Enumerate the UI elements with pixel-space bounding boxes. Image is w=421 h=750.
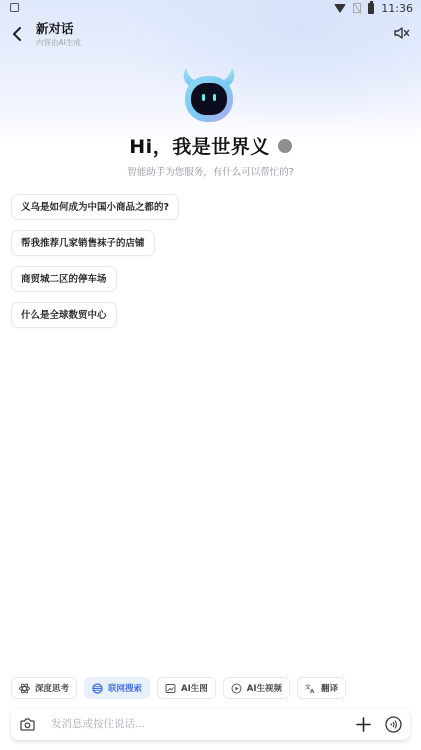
status-right: 11:36 — [334, 2, 413, 15]
suggestion-list: 义乌是如何成为中国小商品之都的? 帮我推荐几家销售袜子的店铺 商贸城二区的停车场… — [11, 194, 179, 328]
suggestion-chip[interactable]: 帮我推荐几家销售袜子的店铺 — [11, 230, 155, 256]
suggestion-chip[interactable]: 商贸城二区的停车场 — [11, 266, 117, 292]
back-button[interactable] — [10, 24, 24, 44]
tool-label: 深度思考 — [35, 682, 69, 694]
tool-translate[interactable]: 文 A 翻译 — [297, 677, 346, 699]
notification-icon — [10, 3, 19, 12]
tool-bar: 深度思考 联网搜索 AI生图 — [11, 677, 346, 699]
voice-button[interactable] — [384, 715, 402, 733]
status-time: 11:36 — [381, 2, 413, 15]
translate-icon: 文 A — [305, 683, 316, 694]
video-play-icon — [231, 683, 242, 694]
tool-ai-image[interactable]: AI生图 — [157, 677, 216, 699]
message-input[interactable] — [51, 718, 354, 730]
camera-icon — [20, 717, 35, 731]
chat-screen: 11:36 新对话 内容由AI生成 — [0, 0, 421, 750]
greeting: Hi，我是世界义 — [0, 132, 421, 159]
plus-button[interactable] — [354, 715, 372, 733]
mute-button[interactable] — [393, 24, 411, 42]
wifi-icon — [334, 4, 346, 13]
message-composer — [11, 708, 410, 740]
plus-icon — [356, 717, 371, 732]
suggestion-chip[interactable]: 什么是全球数贸中心 — [11, 302, 117, 328]
camera-button[interactable] — [19, 716, 35, 732]
greeting-text: Hi，我是世界义 — [129, 132, 269, 159]
page-title: 新对话 — [36, 21, 81, 36]
no-sim-icon — [353, 3, 361, 13]
tool-web-search[interactable]: 联网搜索 — [84, 677, 150, 699]
svg-text:A: A — [310, 689, 315, 694]
tool-label: AI生视频 — [247, 682, 282, 694]
atom-icon — [19, 683, 30, 694]
image-icon — [165, 683, 176, 694]
tagline: 智能助手为您服务，有什么可以帮忙的? — [0, 164, 421, 178]
robot-mascot-avatar — [178, 64, 240, 124]
voice-icon — [385, 716, 402, 733]
speaker-muted-icon — [394, 26, 410, 40]
chevron-left-icon — [12, 27, 22, 41]
tool-label: 翻译 — [321, 682, 338, 694]
status-bar: 11:36 — [0, 0, 421, 16]
tool-label: AI生图 — [181, 682, 208, 694]
tool-label: 联网搜索 — [108, 682, 142, 694]
header: 新对话 内容由AI生成 — [0, 18, 421, 50]
ai-disclaimer: 内容由AI生成 — [36, 38, 81, 48]
suggestion-chip[interactable]: 义乌是如何成为中国小商品之都的? — [11, 194, 179, 220]
globe-icon — [92, 683, 103, 694]
tool-deep-think[interactable]: 深度思考 — [11, 677, 77, 699]
tool-ai-video[interactable]: AI生视频 — [223, 677, 290, 699]
status-dot — [278, 139, 292, 153]
title-wrap: 新对话 内容由AI生成 — [36, 21, 81, 48]
battery-icon — [368, 3, 374, 14]
status-left — [10, 2, 19, 15]
